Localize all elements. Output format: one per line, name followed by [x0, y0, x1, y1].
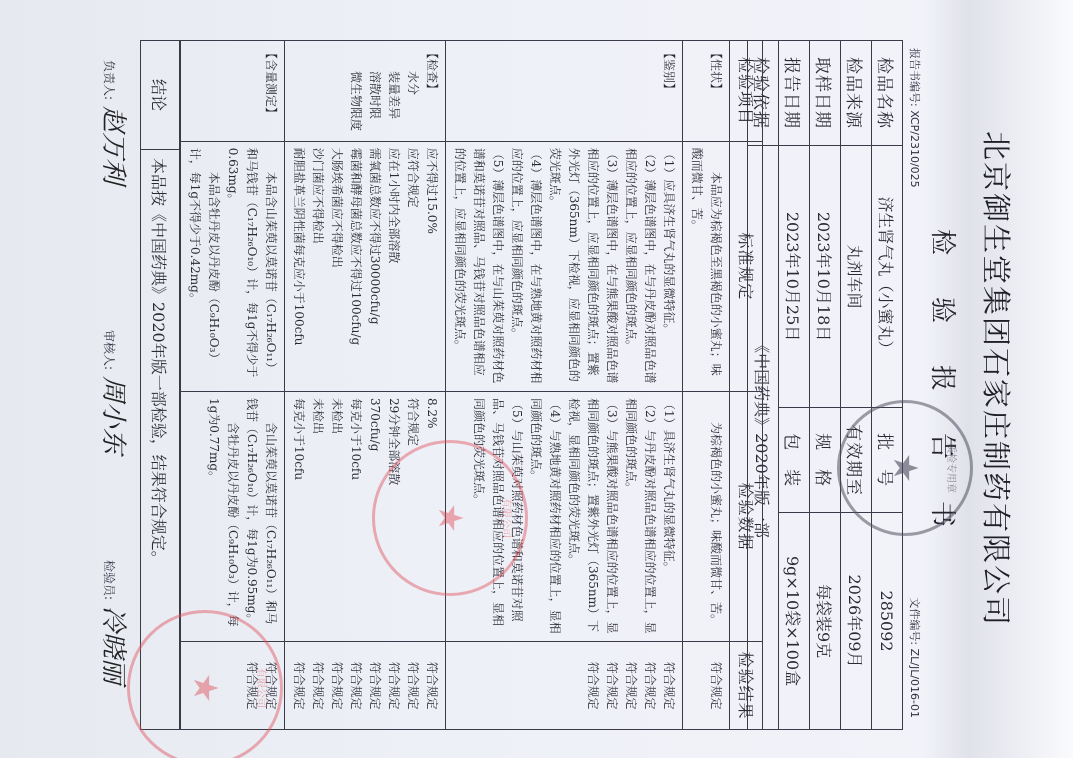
info-row: 取样日期 2023年10月18日 规 格 每袋装9克: [810, 41, 841, 730]
company-title: 北京御生堂集团石家庄制药有限公司: [977, 0, 1018, 758]
results-header-row: 检验项目 标准规定 检验数据 检验结果: [730, 41, 763, 730]
data-cell: 为棕褐色的小蜜丸；味酸而微甘、苦。: [683, 391, 730, 641]
company-seal-stamp-1: 有限公司 ★: [372, 440, 528, 596]
sample-info-table: 检品名称 济生肾气丸（小蜜丸） 批 号 285092 检品来源 丸剂车间 有效期…: [747, 40, 903, 730]
results-section-row: 【性状】本品应为棕褐色至黑褐色的小蜜丸；味酸而微甘、苦。为棕褐色的小蜜丸；味酸而…: [683, 41, 730, 730]
results-section-row: 【鉴别】（1）应具济生肾气丸的显微特征。（2）薄层色谱图中，在与丹皮酚对照品色谱…: [446, 41, 683, 730]
info-row: 报告日期 2023年10月25日 包 装 9g×10袋×100盒: [779, 41, 810, 730]
report-title: 检验报告书: [926, 0, 963, 758]
company-seal-stamp-2: 有限公司 ★: [127, 610, 283, 758]
signature-reviewer: 审核人:周小东: [97, 330, 134, 454]
results-section-row: 【检查】水分装量差异溶散时限微生物限度应不得过15.0%应符合规定应在1小时内全…: [285, 41, 446, 730]
standard-cell: 本品含山茱萸以莫诺苷（C₁₇H₂₆O₁₁）和马钱苷（C₁₇H₂₆O₁₀）计，每1…: [181, 141, 285, 391]
standard-cell: 本品应为棕褐色至黑褐色的小蜜丸；味酸而微甘、苦。: [683, 141, 730, 391]
inspection-report-sheet: 北京御生堂集团石家庄制药有限公司 检验报告书 报告书编号: XCP/2310/0…: [0, 0, 1073, 758]
inspection-item-cell: 【含量测定】: [181, 41, 285, 142]
standard-cell: （1）应具济生肾气丸的显微特征。（2）薄层色谱图中，在与丹皮酚对照品色谱相应的位…: [446, 141, 683, 391]
info-row: 检品名称 济生肾气丸（小蜜丸） 批 号 285092: [872, 41, 903, 730]
result-cell: 符合规定符合规定符合规定符合规定符合规定: [446, 642, 683, 730]
data-cell: 含山茱萸以莫诺苷（C₁₇H₂₆O₁₁）和马钱苷（C₁₇H₂₆O₁₀）计，每1g为…: [181, 391, 285, 641]
result-cell: 符合规定: [683, 642, 730, 730]
star-icon: ★: [430, 503, 470, 533]
signature-responsible: 负责人:赵万利: [97, 60, 134, 184]
standard-cell: 应不得过15.0%应符合规定应在1小时内全部溶散需氧菌总数应不得过30000cf…: [285, 141, 446, 391]
report-number: 报告书编号: XCP/2310/025: [907, 48, 923, 188]
star-icon: ★: [885, 453, 925, 483]
quality-inspection-stamp: 质检专用章 ★: [837, 400, 973, 536]
inspection-item-cell: 【检查】水分装量差异溶散时限微生物限度: [285, 41, 446, 142]
inspection-item-cell: 【鉴别】: [446, 41, 683, 142]
signature-inspector: 检验员:冷晓丽: [97, 560, 134, 684]
inspection-item-cell: 【性状】: [683, 41, 730, 142]
info-row: 检品来源 丸剂车间 有效期至 2026年09月: [841, 41, 872, 730]
file-number: 文件编号: ZL/JL/016-01: [907, 597, 923, 718]
result-cell: 符合规定符合规定符合规定符合规定符合规定符合规定符合规定符合规定: [285, 642, 446, 730]
star-icon: ★: [185, 673, 225, 703]
